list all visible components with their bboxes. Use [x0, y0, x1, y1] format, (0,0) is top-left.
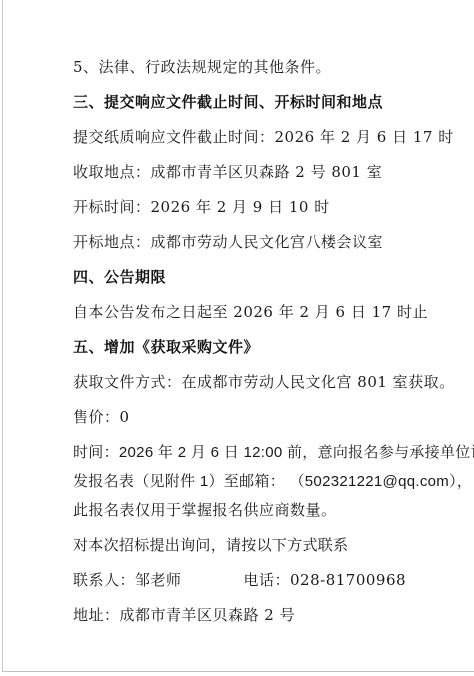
notice-period-detail: 自本公告发布之日起至 2026 年 2 月 6 日 17 时止 [73, 304, 434, 321]
registration-time-line-1: 时间：2026 年 2 月 6 日 12:00 前，意向报名参与承接单位请 [73, 444, 434, 461]
clause-other-conditions: 5、法律、行政法规规定的其他条件。 [73, 59, 434, 76]
paper-response-deadline: 提交纸质响应文件截止时间：2026 年 2 月 6 日 17 时 [73, 129, 434, 146]
document-page: 5、法律、行政法规规定的其他条件。 三、提交响应文件截止时间、开标时间和地点 提… [2, 0, 474, 672]
inquiry-contact-intro: 对本次招标提出询问，请按以下方式联系 [73, 537, 434, 554]
heading-section-3-deadlines: 三、提交响应文件截止时间、开标时间和地点 [73, 94, 434, 111]
collection-location: 收取地点：成都市青羊区贝森路 2 号 801 室 [73, 164, 434, 181]
bid-opening-time: 开标时间：2026 年 2 月 9 日 10 时 [73, 199, 434, 216]
heading-section-4-notice-period: 四、公告期限 [73, 269, 434, 286]
registration-email-line-2: 发报名表（见附件 1）至邮箱： （502321221@qq.com）， [73, 473, 434, 490]
contact-address: 地址：成都市青羊区贝森路 2 号 [73, 607, 434, 624]
heading-section-5-obtain-docs: 五、增加《获取采购文件》 [73, 339, 434, 356]
contact-person-and-phone: 联系人：邹老师 电话：028-81700968 [73, 572, 434, 589]
document-obtain-method: 获取文件方式：在成都市劳动人民文化宫 801 室获取。 [73, 374, 434, 391]
document-content: 5、法律、行政法规规定的其他条件。 三、提交响应文件截止时间、开标时间和地点 提… [3, 0, 474, 624]
document-price: 售价：0 [73, 409, 434, 426]
registration-note-line-3: 此报名表仅用于掌握报名供应商数量。 [73, 502, 434, 519]
bid-opening-location: 开标地点：成都市劳动人民文化宫八楼会议室 [73, 234, 434, 251]
